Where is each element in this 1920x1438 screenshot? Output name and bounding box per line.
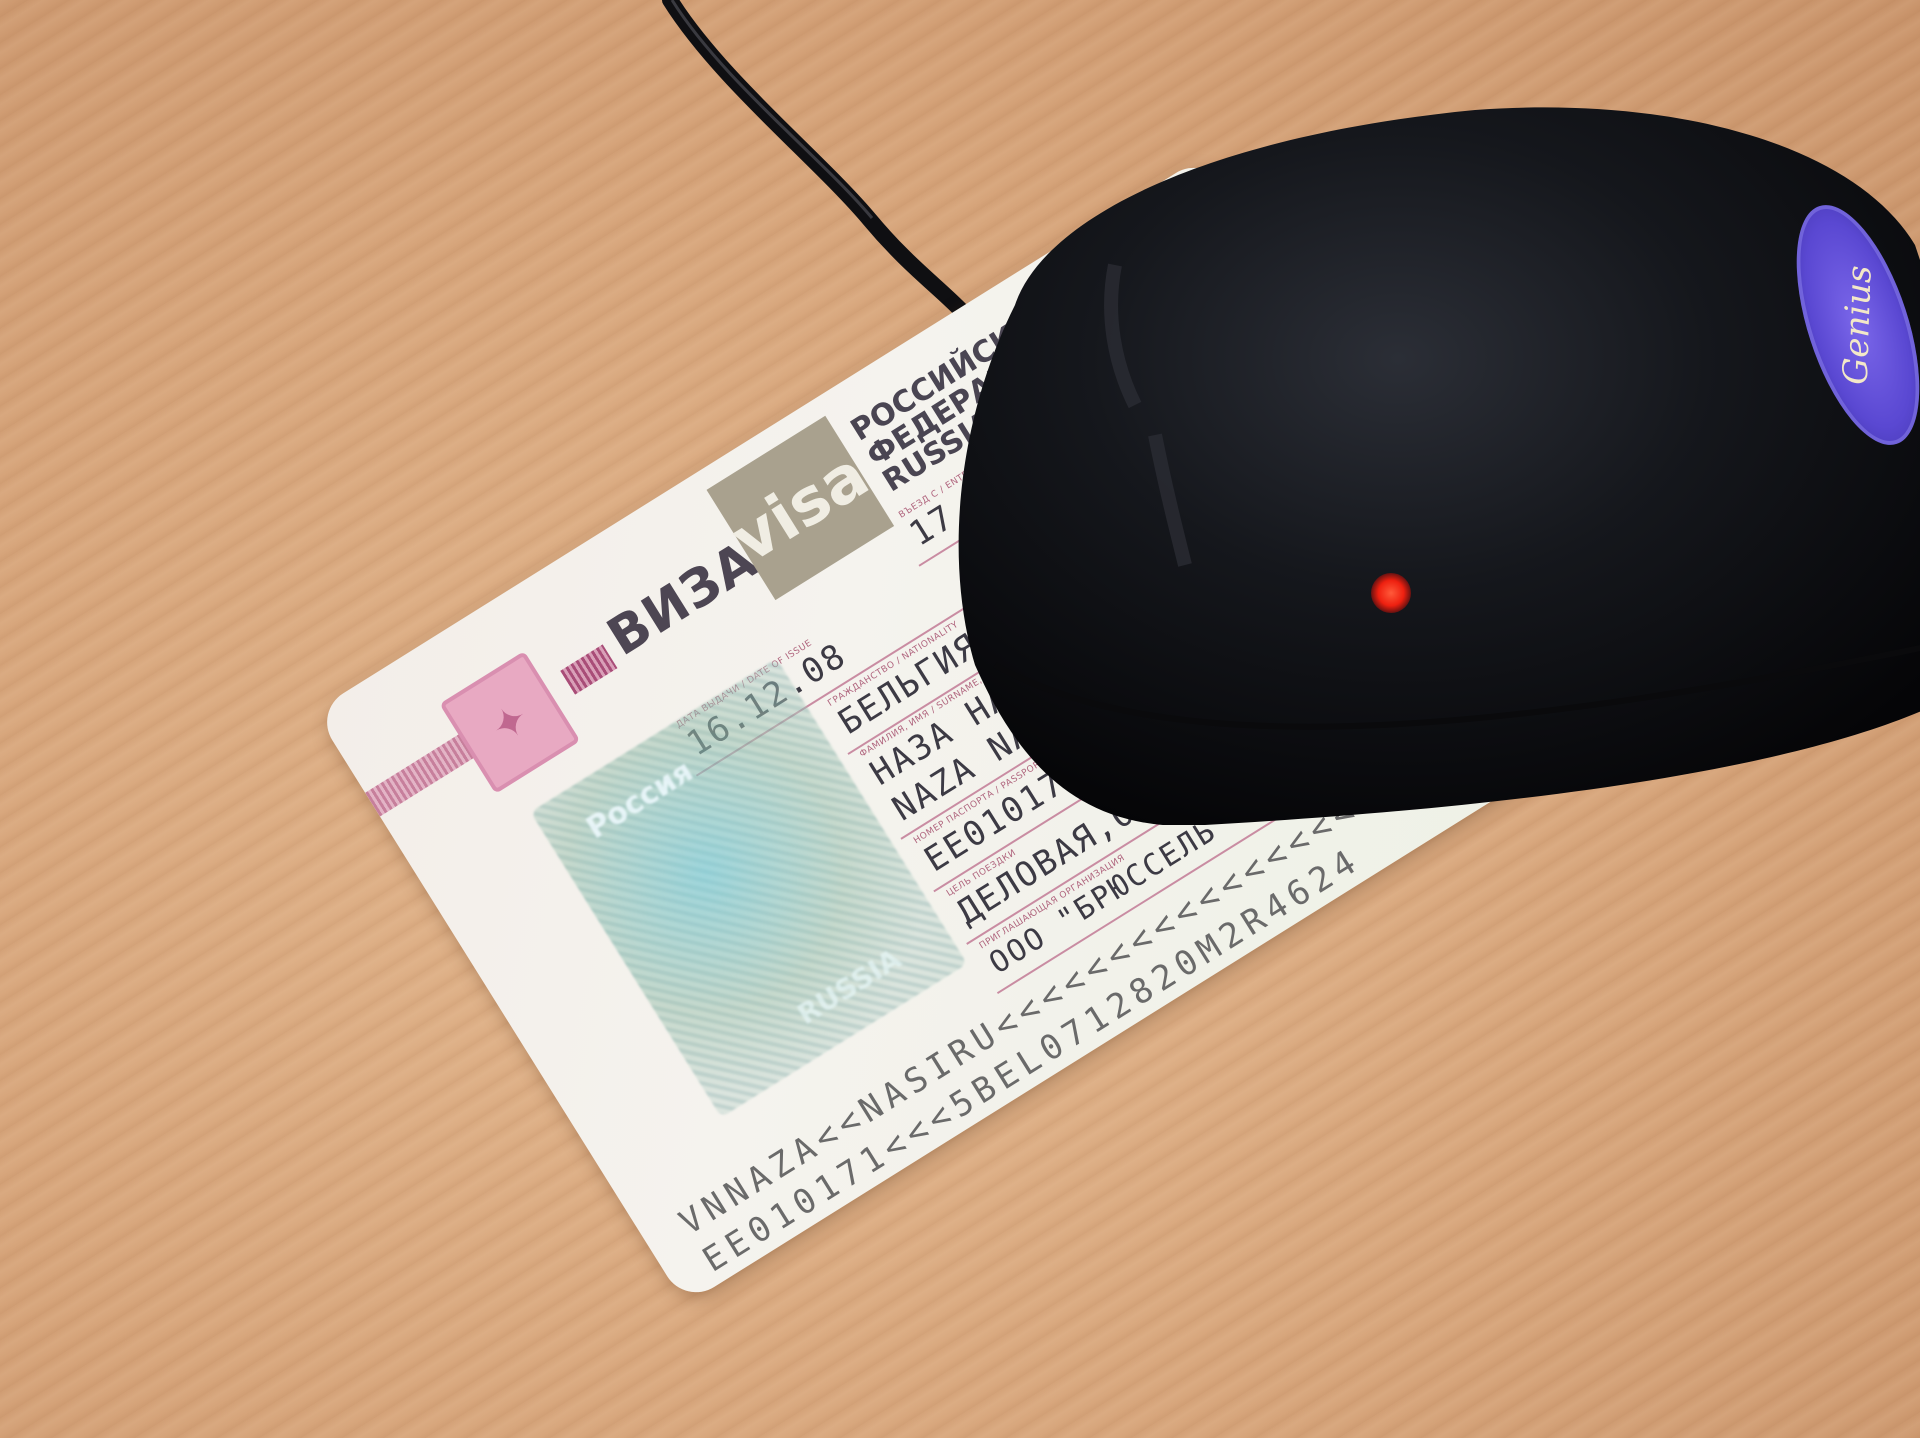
hologram-text-top: Россия <box>580 754 699 846</box>
mouse-brand-text: Genius <box>1836 265 1880 386</box>
coat-of-arms-emblem: ✦ <box>439 651 580 794</box>
decorative-stripe-dark <box>560 644 617 694</box>
computer-mouse <box>955 105 1920 825</box>
mouse-led-indicator <box>1371 573 1411 613</box>
hologram-text-bottom: RUSSIA <box>791 942 906 1031</box>
